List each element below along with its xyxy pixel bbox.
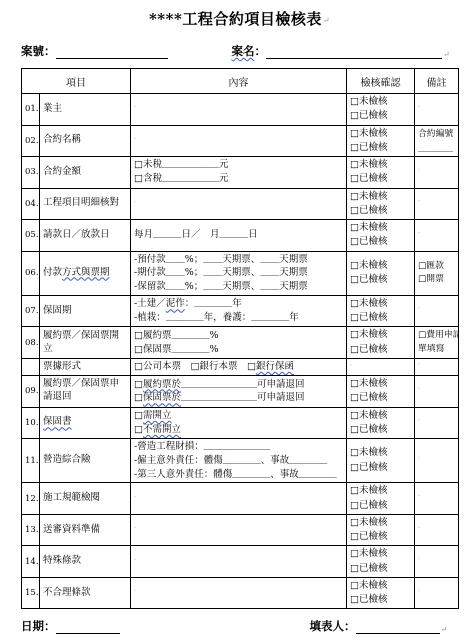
row-number: 11. (22, 439, 40, 483)
item-name: 履約票／保固票申請退回 (40, 376, 131, 408)
remark-line: □費用申請 (418, 329, 455, 342)
content-line: □含稅＿＿＿＿＿＿元 (134, 172, 343, 186)
case-name-group: 案名： ↵ (232, 43, 450, 59)
check-cell: □未檢核□已檢核 (347, 376, 415, 408)
table-row: 09.履約票／保固票申請退回□履約票於＿＿＿＿＿＿＿＿可申請退回□保固票於＿＿＿… (22, 376, 459, 408)
checkbox-option: □已檢核 (350, 273, 411, 287)
row-number: 09. (22, 376, 40, 408)
checkbox-option: □未檢核 (350, 158, 411, 172)
paragraph-mark-icon: ↵ (443, 50, 450, 59)
content-line: □保固票於＿＿＿＿＿＿＿＿可申請退回 (134, 391, 343, 405)
footer-line: 日期： 填表人： ↵ (21, 618, 458, 634)
item-name: 營造綜合險 (40, 439, 131, 483)
checkbox-option: □已檢核 (350, 141, 411, 155)
item-content: □未稅＿＿＿＿＿＿元□含稅＿＿＿＿＿＿元 (131, 157, 347, 189)
date-label: 日期： (21, 618, 56, 634)
end-of-cell-mark: · (418, 360, 420, 370)
checkbox-option: □未檢核 (350, 579, 411, 593)
check-cell: □未檢核□已檢核 (347, 157, 415, 189)
checkbox-option: □未檢核 (350, 328, 411, 342)
row-number: 05. (22, 220, 40, 252)
content-line: -第三人意外責任：體傷＿＿＿＿、事故＿＿＿＿ (134, 468, 343, 482)
document-page: ****工程合約項目檢核表↵ 案號： 案名： ↵ 項目 內容 檢核確認 備註 0… (0, 0, 471, 634)
check-cell: □未檢核□已檢核 (347, 546, 415, 578)
paragraph-mark-icon: ↵ (323, 16, 330, 25)
filler-group: 填表人： ↵ (310, 618, 448, 634)
end-of-cell-mark: · (418, 197, 420, 207)
row-number: 10. (22, 407, 40, 439)
end-of-cell-mark: · (418, 166, 420, 176)
end-of-cell-mark: · (418, 103, 420, 113)
check-cell: □未檢核□已檢核 (347, 220, 415, 252)
item-name: 施工規範檢閱 (40, 483, 131, 515)
content-line: □未稅＿＿＿＿＿＿元 (134, 158, 343, 172)
date-blank-field (56, 621, 120, 634)
item-content: □履約票＿＿＿＿%□保固票＿＿＿＿% (131, 327, 347, 359)
remark-cell: · (415, 546, 459, 578)
end-of-cell-mark: · (134, 524, 136, 533)
item-content: □履約票於＿＿＿＿＿＿＿＿可申請退回□保固票於＿＿＿＿＿＿＿＿可申請退回 (131, 376, 347, 408)
item-content: □公司本票 □銀行本票 □銀行保函 (131, 358, 347, 375)
item-content: □需開立□不需開立 (131, 407, 347, 439)
item-content: · (131, 188, 347, 220)
remark-cell: · (415, 358, 459, 375)
table-row: 12.施工規範檢閱·□未檢核□已檢核· (22, 483, 459, 515)
item-content: -土建／泥作：＿＿＿＿年-植栽：＿＿＿＿年，養護：＿＿＿＿年 (131, 295, 347, 327)
table-row: 10.保固書□需開立□不需開立□未檢核□已檢核· (22, 407, 459, 439)
remark-cell: · (415, 439, 459, 483)
item-name: 不合理條款 (40, 577, 131, 609)
case-name-blank-field (266, 46, 442, 59)
end-of-cell-mark: · (418, 304, 420, 314)
item-name: 票據形式 (40, 358, 131, 375)
remark-line: ________ (418, 141, 455, 154)
checkbox-option: □未檢核 (350, 127, 411, 141)
remark-cell: · (415, 407, 459, 439)
remark-cell: 合約編號________ (415, 125, 459, 157)
item-name: 特殊條款 (40, 546, 131, 578)
row-number (22, 358, 40, 375)
checkbox-option: □未檢核 (350, 547, 411, 561)
end-of-cell-mark: · (134, 587, 136, 596)
table-row: 08.履約票／保固票開立□履約票＿＿＿＿%□保固票＿＿＿＿%□未檢核□已檢核□費… (22, 327, 459, 359)
content-line: □不需開立 (134, 423, 343, 437)
header-item: 項目 (22, 69, 131, 94)
checkbox-option: □未檢核 (350, 221, 411, 235)
checklist-table: 項目 內容 檢核確認 備註 01.業主·□未檢核□已檢核·02.合約名稱·□未檢… (21, 68, 459, 609)
checkbox-option: □已檢核 (350, 235, 411, 249)
check-cell: □未檢核□已檢核 (347, 327, 415, 359)
row-number: 13. (22, 514, 40, 546)
page-title: ****工程合約項目檢核表↵ (21, 8, 458, 29)
content-line: □履約票＿＿＿＿% (134, 329, 343, 343)
end-of-cell-mark: · (134, 198, 136, 207)
item-content: 每月＿＿＿日／ 月＿＿＿日 (131, 220, 347, 252)
content-line: -期付款＿＿%；＿＿天期票、＿＿天期票 (134, 266, 343, 280)
filler-blank-field (356, 621, 440, 634)
check-cell: · (347, 358, 415, 375)
item-content: -營造工程財損：＿＿＿＿＿＿＿-僱主意外責任：體傷＿＿＿＿、事故＿＿＿＿-第三人… (131, 439, 347, 483)
content-line: -植栽：＿＿＿＿年，養護：＿＿＿＿年 (134, 311, 343, 325)
checkbox-option: □未檢核 (350, 377, 411, 391)
remark-cell: · (415, 94, 459, 126)
checkbox-option: □已檢核 (350, 172, 411, 186)
title-text: ****工程合約項目檢核表 (149, 10, 322, 28)
checkbox-option: □未檢核 (350, 297, 411, 311)
row-number: 03. (22, 157, 40, 189)
checkbox-option: □已檢核 (350, 423, 411, 437)
case-name-label: 案名： (232, 43, 267, 59)
content-line: -保留款＿＿%；＿＿天期票、＿＿天期票 (134, 280, 343, 294)
row-number: 15. (22, 577, 40, 609)
content-line: □公司本票 □銀行本票 □銀行保函 (134, 360, 343, 374)
checkbox-option: □已檢核 (350, 562, 411, 576)
remark-cell: · (415, 188, 459, 220)
checkbox-option: □未檢核 (350, 484, 411, 498)
table-row: 票據形式□公司本票 □銀行本票 □銀行保函·· (22, 358, 459, 375)
header-row: 項目 內容 檢核確認 備註 (22, 69, 459, 94)
remark-line: □開票 (418, 273, 455, 286)
check-cell: □未檢核□已檢核 (347, 188, 415, 220)
item-content: · (131, 514, 347, 546)
checkbox-option: □已檢核 (350, 530, 411, 544)
end-of-cell-mark: · (418, 385, 420, 395)
item-name: 履約票／保固票開立 (40, 327, 131, 359)
content-line: -預付款＿＿%；＿＿天期票、＿＿天期票 (134, 253, 343, 267)
check-cell: □未檢核□已檢核 (347, 251, 415, 295)
checkbox-option: □已檢核 (350, 343, 411, 357)
case-number-label: 案號： (21, 43, 56, 59)
table-row: 13.送審資料準備·□未檢核□已檢核· (22, 514, 459, 546)
item-content: · (131, 483, 347, 515)
remark-cell: □匯款□開票 (415, 251, 459, 295)
check-cell: □未檢核□已檢核 (347, 94, 415, 126)
remark-cell: · (415, 514, 459, 546)
check-cell: □未檢核□已檢核 (347, 125, 415, 157)
end-of-cell-mark: · (134, 493, 136, 502)
check-cell: □未檢核□已檢核 (347, 407, 415, 439)
table-row: 15.不合理條款·□未檢核□已檢核· (22, 577, 459, 609)
end-of-cell-mark: · (418, 587, 420, 597)
check-cell: □未檢核□已檢核 (347, 483, 415, 515)
end-of-cell-mark: · (134, 135, 136, 144)
row-number: 14. (22, 546, 40, 578)
end-of-cell-mark: · (418, 524, 420, 534)
end-of-cell-mark: · (134, 556, 136, 565)
checkbox-option: □未檢核 (350, 446, 411, 460)
row-number: 08. (22, 327, 40, 359)
content-line: □需開立 (134, 409, 343, 423)
table-row: 02.合約名稱·□未檢核□已檢核合約編號________ (22, 125, 459, 157)
remark-line: 合約編號 (418, 128, 455, 141)
row-number: 07. (22, 295, 40, 327)
table-row: 01.業主·□未檢核□已檢核· (22, 94, 459, 126)
check-cell: □未檢核□已檢核 (347, 295, 415, 327)
item-name: 請款日／放款日 (40, 220, 131, 252)
remark-cell: · (415, 220, 459, 252)
item-content: -預付款＿＿%；＿＿天期票、＿＿天期票-期付款＿＿%；＿＿天期票、＿＿天期票-保… (131, 251, 347, 295)
remark-cell: · (415, 376, 459, 408)
table-row: 07.保固期-土建／泥作：＿＿＿＿年-植栽：＿＿＿＿年，養護：＿＿＿＿年□未檢核… (22, 295, 459, 327)
table-header: 項目 內容 檢核確認 備註 (22, 69, 459, 94)
case-number-blank-field (56, 46, 168, 59)
end-of-cell-mark: · (418, 555, 420, 565)
checkbox-option: □未檢核 (350, 190, 411, 204)
header-content: 內容 (131, 69, 347, 94)
checkbox-option: □已檢核 (350, 391, 411, 405)
checkbox-option: □已檢核 (350, 204, 411, 218)
table-row: 11.營造綜合險-營造工程財損：＿＿＿＿＿＿＿-僱主意外責任：體傷＿＿＿＿、事故… (22, 439, 459, 483)
check-cell: □未檢核□已檢核 (347, 439, 415, 483)
paragraph-mark-icon: ↵ (441, 625, 448, 634)
table-row: 04.工程項目明細核對·□未檢核□已檢核· (22, 188, 459, 220)
item-content: · (131, 94, 347, 126)
checklist-body: 01.業主·□未檢核□已檢核·02.合約名稱·□未檢核□已檢核合約編號_____… (22, 94, 459, 609)
checkbox-option: □已檢核 (350, 461, 411, 475)
header-remark: 備註 (415, 69, 459, 94)
end-of-cell-mark: · (350, 361, 352, 371)
end-of-cell-mark: · (418, 229, 420, 239)
table-row: 05.請款日／放款日每月＿＿＿日／ 月＿＿＿日□未檢核□已檢核· (22, 220, 459, 252)
check-cell: □未檢核□已檢核 (347, 577, 415, 609)
checkbox-option: □未檢核 (350, 95, 411, 109)
remark-cell: · (415, 157, 459, 189)
checkbox-option: □已檢核 (350, 311, 411, 325)
date-group: 日期： (21, 618, 120, 634)
checkbox-option: □未檢核 (350, 409, 411, 423)
end-of-cell-mark: · (134, 103, 136, 112)
checkbox-option: □未檢核 (350, 516, 411, 530)
filler-label: 填表人： (310, 618, 356, 634)
item-name: 工程項目明細核對 (40, 188, 131, 220)
item-name: 付款方式與票期 (40, 251, 131, 295)
content-line: □保固票＿＿＿＿% (134, 343, 343, 357)
end-of-cell-mark: · (418, 454, 420, 464)
item-name: 合約金額 (40, 157, 131, 189)
header-check: 檢核確認 (347, 69, 415, 94)
checkbox-option: □已檢核 (350, 499, 411, 513)
end-of-cell-mark: · (418, 492, 420, 502)
table-row: 06.付款方式與票期-預付款＿＿%；＿＿天期票、＿＿天期票-期付款＿＿%；＿＿天… (22, 251, 459, 295)
row-number: 12. (22, 483, 40, 515)
end-of-cell-mark: · (418, 416, 420, 426)
row-number: 06. (22, 251, 40, 295)
remark-cell: · (415, 295, 459, 327)
content-line: □履約票於＿＿＿＿＿＿＿＿可申請退回 (134, 378, 343, 392)
content-line: -僱主意外責任：體傷＿＿＿＿、事故＿＿＿＿ (134, 454, 343, 468)
content-line: -土建／泥作：＿＿＿＿年 (134, 297, 343, 311)
table-row: 14.特殊條款·□未檢核□已檢核· (22, 546, 459, 578)
row-number: 02. (22, 125, 40, 157)
item-name: 業主 (40, 94, 131, 126)
case-number-group: 案號： (21, 43, 168, 59)
item-content: · (131, 546, 347, 578)
item-name: 送審資料準備 (40, 514, 131, 546)
check-cell: □未檢核□已檢核 (347, 514, 415, 546)
checkbox-option: □未檢核 (350, 259, 411, 273)
item-content: · (131, 125, 347, 157)
item-name: 保固期 (40, 295, 131, 327)
row-number: 04. (22, 188, 40, 220)
row-number: 01. (22, 94, 40, 126)
item-content: · (131, 577, 347, 609)
remark-line: □匯款 (418, 260, 455, 273)
table-row: 03.合約金額□未稅＿＿＿＿＿＿元□含稅＿＿＿＿＿＿元□未檢核□已檢核· (22, 157, 459, 189)
item-name: 保固書 (40, 407, 131, 439)
checkbox-option: □已檢核 (350, 109, 411, 123)
remark-cell: · (415, 483, 459, 515)
remark-cell: · (415, 577, 459, 609)
content-line: 每月＿＿＿日／ 月＿＿＿日 (134, 228, 343, 242)
remark-line: 單填寫 (418, 343, 455, 356)
remark-cell: □費用申請單填寫 (415, 327, 459, 359)
content-line: -營造工程財損：＿＿＿＿＿＿＿ (134, 440, 343, 454)
item-name: 合約名稱 (40, 125, 131, 157)
case-header-line: 案號： 案名： ↵ (21, 43, 458, 59)
checkbox-option: □已檢核 (350, 593, 411, 607)
